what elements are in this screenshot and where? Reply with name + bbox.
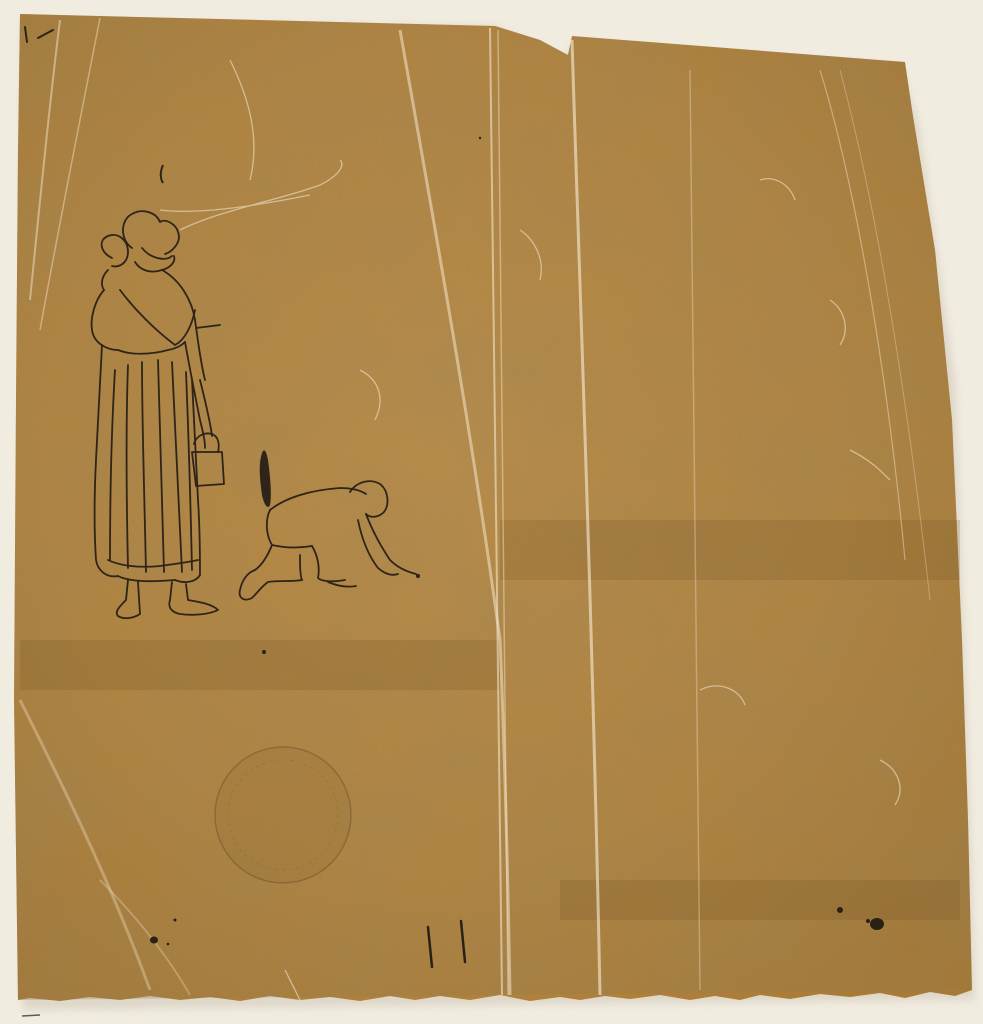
circular-stamp-impression <box>215 747 351 883</box>
artwork-stage: Pen sketch on aged tan paper: standing w… <box>0 0 983 1024</box>
paper-grain <box>14 14 972 1000</box>
artwork-canvas <box>0 0 983 1024</box>
mount-mark <box>22 1015 40 1016</box>
